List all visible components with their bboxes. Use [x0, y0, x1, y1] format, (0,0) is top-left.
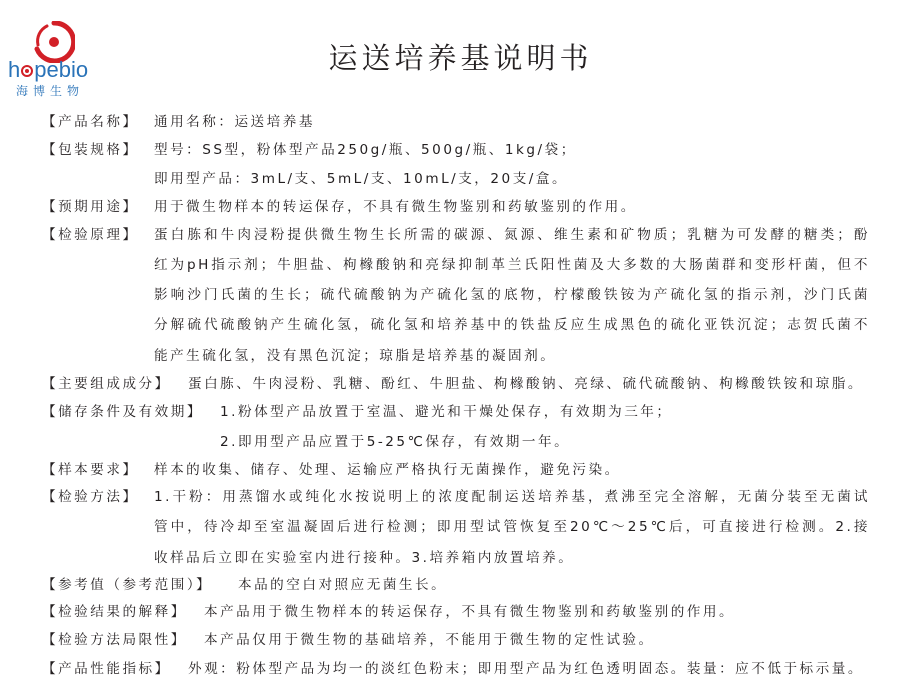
- section-sample-requirements: 【样本要求】 样本的收集、储存、处理、运输应严格执行无菌操作，避免污染。: [42, 458, 872, 482]
- section-label: 【检验方法局限性】: [42, 628, 187, 652]
- section-principle: 【检验原理】 蛋白胨和牛肉浸粉提供微生物生长所需的碳源、氮源、维生素和矿物质；乳…: [42, 223, 872, 247]
- section-text: 型号：SS型，粉体型产品250g/瓶、500g/瓶、1kg/袋；: [154, 138, 577, 162]
- section-text: 收样品后立即在实验室内进行接种。3.培养箱内放置培养。: [154, 546, 574, 570]
- section-text: 管中，待冷却至室温凝固后进行检测；即用型试管恢复至20℃～25℃后，可直接进行检…: [154, 515, 870, 539]
- section-test-method: 【检验方法】 1.干粉：用蒸馏水或纯化水按说明上的浓度配制运送培养基，煮沸至完全…: [42, 485, 872, 509]
- section-label: 【包装规格】: [42, 138, 139, 162]
- section-text: 蛋白胨、牛肉浸粉、乳糖、酚红、牛胆盐、枸橼酸钠、亮绿、硫代硫酸钠、枸橼酸铁铵和琼…: [188, 372, 864, 396]
- section-test-method-cont: 收样品后立即在实验室内进行接种。3.培养箱内放置培养。: [42, 546, 872, 570]
- section-reference-value: 【参考值（参考范围）】 本品的空白对照应无菌生长。: [42, 573, 872, 597]
- section-text: 本产品仅用于微生物的基础培养，不能用于微生物的定性试验。: [204, 628, 655, 652]
- logo-chinese-name: 海博生物: [16, 84, 84, 98]
- section-label: 【产品名称】: [42, 110, 139, 134]
- section-packaging: 【包装规格】 型号：SS型，粉体型产品250g/瓶、500g/瓶、1kg/袋；: [42, 138, 872, 162]
- section-packaging-cont: 即用型产品：3mL/支、5mL/支、10mL/支，20支/盒。: [42, 167, 872, 191]
- section-storage: 【储存条件及有效期】 1.粉体型产品放置于室温、避光和干燥处保存，有效期为三年；: [42, 400, 872, 424]
- section-principle-cont: 红为pH指示剂；牛胆盐、枸橼酸钠和亮绿抑制革兰氏阳性菌及大多数的大肠菌群和变形杆…: [42, 253, 872, 277]
- section-text: 即用型产品：3mL/支、5mL/支、10mL/支，20支/盒。: [154, 167, 568, 191]
- section-text: 红为pH指示剂；牛胆盐、枸橼酸钠和亮绿抑制革兰氏阳性菌及大多数的大肠菌群和变形杆…: [154, 253, 870, 277]
- document-title: 运送培养基说明书: [0, 40, 905, 76]
- section-text: 本品的空白对照应无菌生长。: [238, 573, 447, 597]
- section-principle-cont: 分解硫代硫酸钠产生硫化氢，硫化氢和培养基中的铁盐反应生成黑色的硫化亚铁沉淀；志贺…: [42, 313, 872, 337]
- section-method-limitations: 【检验方法局限性】 本产品仅用于微生物的基础培养，不能用于微生物的定性试验。: [42, 628, 872, 652]
- section-label: 【主要组成成分】: [42, 372, 171, 396]
- section-text: 1.粉体型产品放置于室温、避光和干燥处保存，有效期为三年；: [220, 400, 673, 424]
- section-result-interpretation: 【检验结果的解释】 本产品用于微生物样本的转运保存，不具有微生物鉴别和药敏鉴别的…: [42, 600, 872, 624]
- section-text: 2.即用型产品应置于5-25℃保存，有效期一年。: [220, 430, 570, 454]
- section-label: 【参考值（参考范围）】: [42, 573, 212, 597]
- section-text: 外观：粉体型产品为均一的淡红色粉末；即用型产品为红色透明固态。装量：应不低于标示…: [188, 657, 864, 681]
- section-label: 【产品性能指标】: [42, 657, 171, 681]
- section-label: 【检验方法】: [42, 485, 139, 509]
- section-text: 能产生硫化氢，没有黑色沉淀；琼脂是培养基的凝固剂。: [154, 344, 556, 368]
- section-label: 【检验原理】: [42, 223, 139, 247]
- section-text: 样本的收集、储存、处理、运输应严格执行无菌操作，避免污染。: [154, 458, 621, 482]
- section-principle-cont: 能产生硫化氢，没有黑色沉淀；琼脂是培养基的凝固剂。: [42, 344, 872, 368]
- section-label: 【样本要求】: [42, 458, 139, 482]
- section-text: 1.干粉：用蒸馏水或纯化水按说明上的浓度配制运送培养基，煮沸至完全溶解，无菌分装…: [154, 485, 870, 509]
- section-principle-cont: 影响沙门氏菌的生长；硫代硫酸钠为产硫化氢的底物，柠檬酸铁铵为产硫化氢的指示剂，沙…: [42, 283, 872, 307]
- section-performance: 【产品性能指标】 外观：粉体型产品为均一的淡红色粉末；即用型产品为红色透明固态。…: [42, 657, 872, 681]
- section-label: 【储存条件及有效期】: [42, 400, 203, 424]
- section-test-method-cont: 管中，待冷却至室温凝固后进行检测；即用型试管恢复至20℃～25℃后，可直接进行检…: [42, 515, 872, 539]
- section-text: 影响沙门氏菌的生长；硫代硫酸钠为产硫化氢的底物，柠檬酸铁铵为产硫化氢的指示剂，沙…: [154, 283, 870, 307]
- section-label: 【检验结果的解释】: [42, 600, 187, 624]
- section-composition: 【主要组成成分】 蛋白胨、牛肉浸粉、乳糖、酚红、牛胆盐、枸橼酸钠、亮绿、硫代硫酸…: [42, 372, 872, 396]
- section-text: 分解硫代硫酸钠产生硫化氢，硫化氢和培养基中的铁盐反应生成黑色的硫化亚铁沉淀；志贺…: [154, 313, 870, 337]
- section-text: 通用名称：运送培养基: [154, 110, 315, 134]
- section-text: 本产品用于微生物样本的转运保存，不具有微生物鉴别和药敏鉴别的作用。: [204, 600, 735, 624]
- section-text: 蛋白胨和牛肉浸粉提供微生物生长所需的碳源、氮源、维生素和矿物质；乳糖为可发酵的糖…: [154, 223, 870, 247]
- section-intended-use: 【预期用途】 用于微生物样本的转运保存，不具有微生物鉴别和药敏鉴别的作用。: [42, 195, 872, 219]
- section-label: 【预期用途】: [42, 195, 139, 219]
- section-storage-cont: 2.即用型产品应置于5-25℃保存，有效期一年。: [42, 430, 872, 454]
- section-text: 用于微生物样本的转运保存，不具有微生物鉴别和药敏鉴别的作用。: [154, 195, 637, 219]
- section-product-name: 【产品名称】 通用名称：运送培养基: [42, 110, 872, 134]
